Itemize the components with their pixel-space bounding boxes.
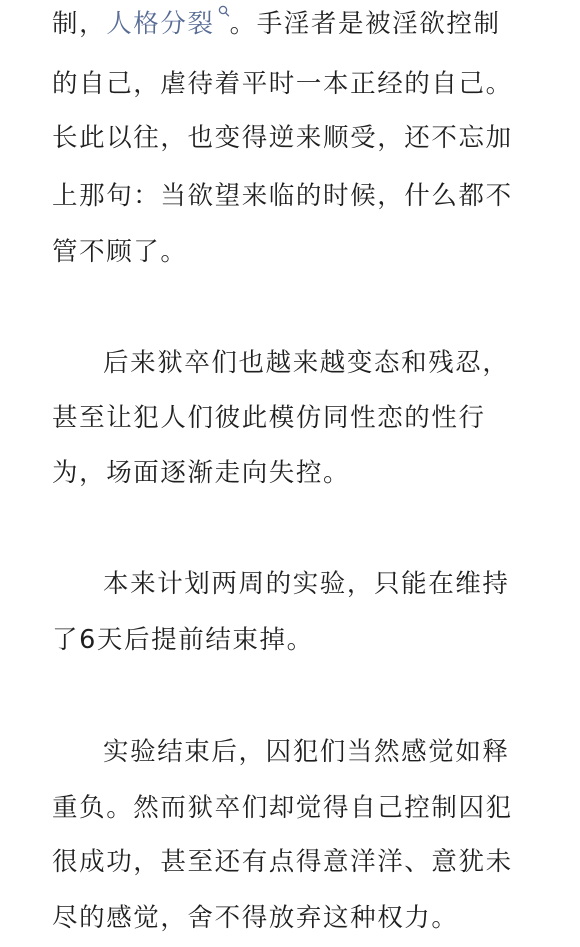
text-segment: 。手淫者是被淫欲控制 bbox=[230, 9, 501, 39]
text-segment: 制， bbox=[52, 9, 106, 39]
text-line: 重负。然而狱卒们却觉得自己控制囚犯 bbox=[52, 793, 513, 823]
search-icon[interactable] bbox=[218, 5, 230, 19]
text-line: 实验结束后，囚犯们当然感觉如释 bbox=[103, 737, 510, 767]
text-line: 尽的感觉，舍不得放弃这种权力。 bbox=[52, 903, 459, 933]
text-line: 后来狱卒们也越来越变态和残忍， bbox=[103, 348, 510, 378]
keyword-link[interactable]: 人格分裂 bbox=[106, 9, 229, 39]
text-line: 长此以往，也变得逆来顺受，还不忘加 bbox=[52, 123, 513, 153]
text-line: 本来计划两周的实验，只能在维持 bbox=[103, 569, 510, 599]
text-line: 的自己，虐待着平时一本正经的自己。 bbox=[52, 69, 513, 99]
text-line: 了6天后提前结束掉。 bbox=[52, 625, 314, 655]
text-line: 制，人格分裂。手淫者是被淫欲控制 bbox=[52, 9, 501, 39]
text-line: 甚至让犯人们彼此模仿同性恋的性行 bbox=[52, 403, 486, 433]
keyword-link-label: 人格分裂 bbox=[106, 9, 214, 39]
text-line: 很成功，甚至还有点得意洋洋、意犹未 bbox=[52, 847, 513, 877]
text-line: 管不顾了。 bbox=[52, 237, 188, 267]
text-line: 为，场面逐渐走向失控。 bbox=[52, 458, 350, 488]
text-line: 上那句：当欲望来临的时候，什么都不 bbox=[52, 181, 513, 211]
